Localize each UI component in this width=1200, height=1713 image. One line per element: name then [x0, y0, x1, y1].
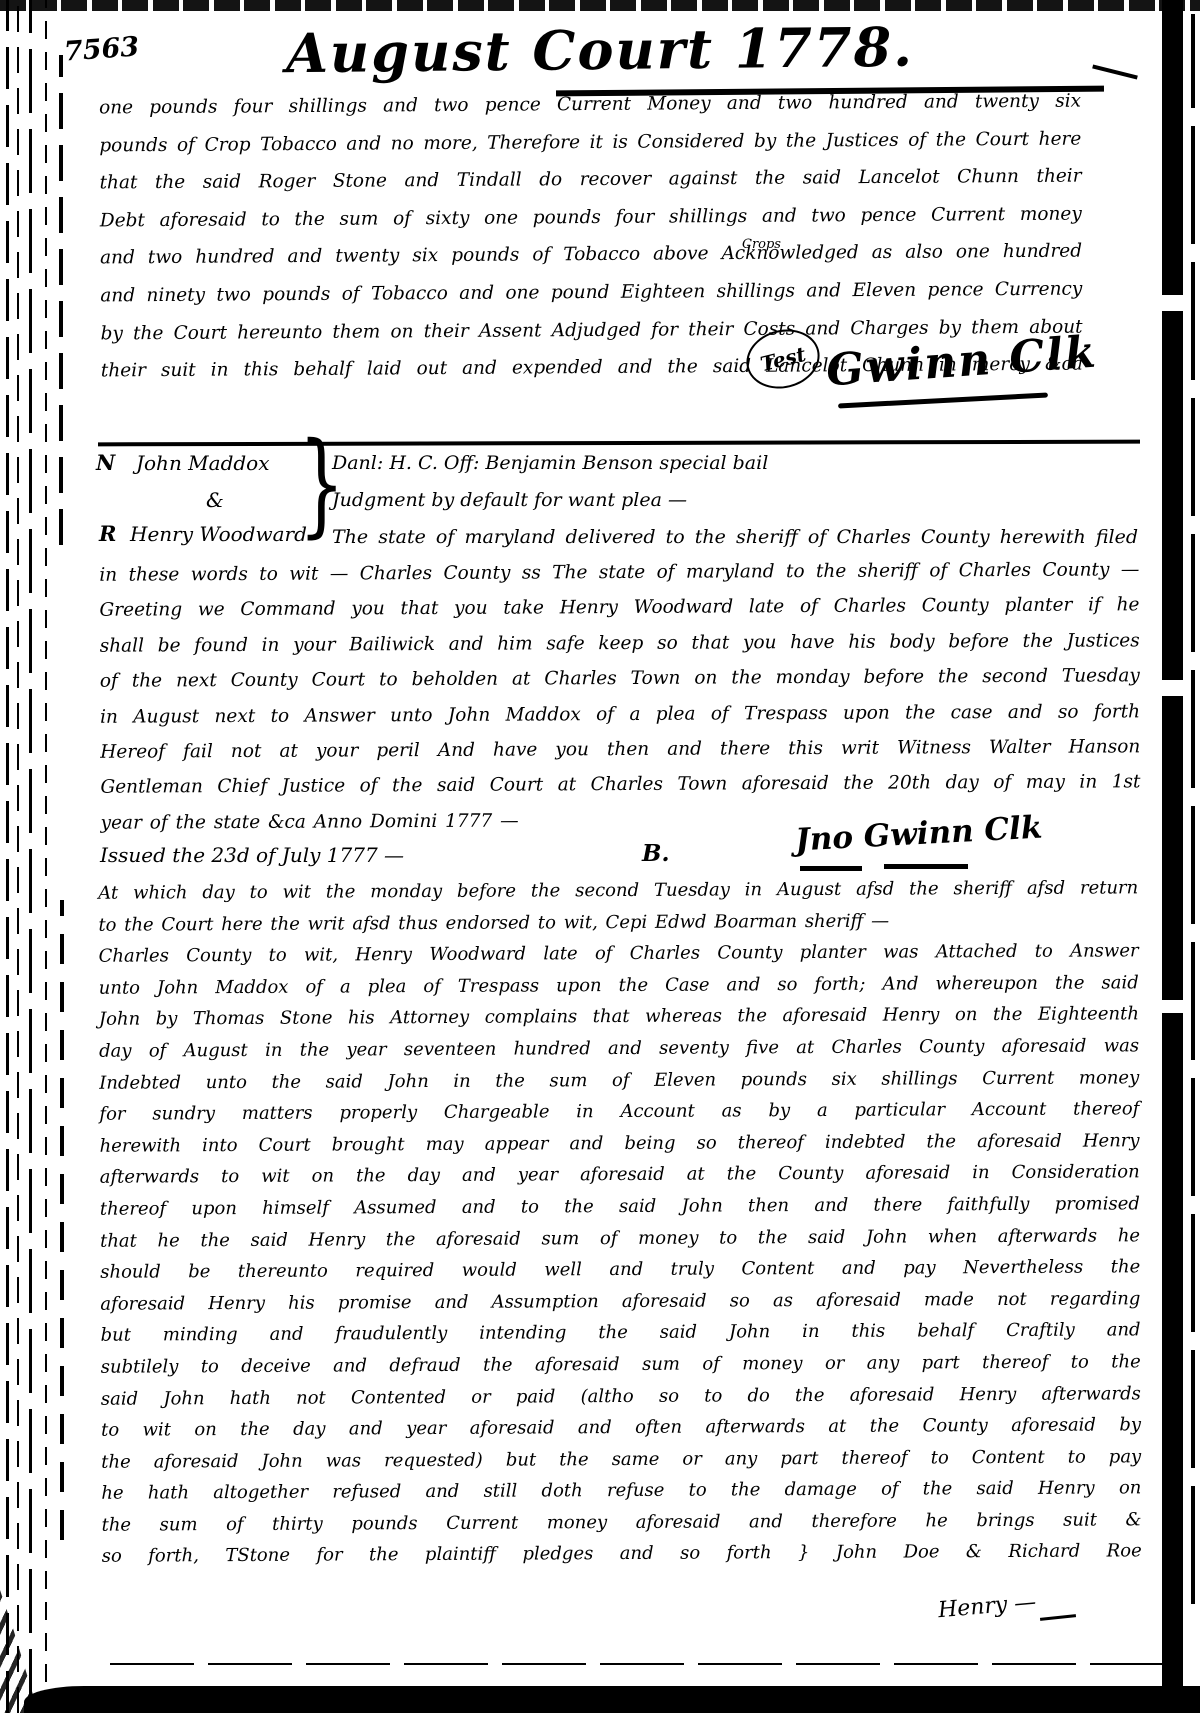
versus-ampersand: &: [206, 488, 224, 512]
scan-left-binding-artifact: [0, 0, 72, 1713]
binding-line: [60, 900, 64, 1540]
manuscript-line: so forth, TStone for the plaintiff pledg…: [102, 1541, 1142, 1578]
issuance-date-line: Issued the 23d of July 1777 —: [100, 843, 404, 867]
declaration-paragraph: At which day to wit the monday before th…: [98, 877, 1142, 1577]
page-title: August Court 1778.: [0, 12, 1200, 89]
test-label: Test: [758, 342, 808, 376]
clerk-initial-mark: B.: [642, 840, 669, 867]
signature-swash: [838, 393, 1048, 409]
manuscript-line: Greeting we Command you that you take He…: [99, 595, 1139, 636]
margin-mark-top: N: [96, 450, 115, 475]
manuscript-line: in these words to wit — Charles County s…: [99, 559, 1139, 600]
scan-top-edge-artifact: [0, 0, 1200, 11]
section-divider-rule: [98, 440, 1140, 447]
binding-line: [29, 0, 32, 1713]
manuscript-line: shall be found in your Bailiwick and him…: [100, 630, 1140, 671]
caption-note-bail: Danl: H. C. Off: Benjamin Benson special…: [332, 452, 768, 474]
binding-line: [45, 0, 47, 1713]
manuscript-line: of the next County Court to beholden at …: [100, 665, 1140, 706]
catchword-dash: [1040, 1614, 1076, 1621]
signature-underline: [800, 866, 862, 871]
manuscript-line: in August next to Answer unto John Maddo…: [100, 701, 1140, 742]
caption-brace: }: [298, 434, 344, 534]
signature-underline: [884, 864, 968, 869]
scan-right-edge-artifact: [1162, 0, 1183, 1713]
caption-note-judgment: Judgment by default for want plea —: [332, 489, 687, 511]
manuscript-page: 7563 August Court 1778. one pounds four …: [0, 0, 1200, 1713]
interlineation-crops: Crops: [742, 237, 781, 252]
margin-mark-bottom: R: [99, 521, 116, 546]
catchword-henry: Henry —: [937, 1590, 1037, 1623]
scan-bottom-edge-artifact: [24, 1686, 1200, 1713]
defendant-name: Henry Woodward: [130, 522, 307, 546]
scan-bottom-rule-artifact: [110, 1663, 1166, 1665]
scan-right-edge-line: [1191, 14, 1195, 1604]
manuscript-line: Hereof fail not at your peril And have y…: [100, 736, 1140, 777]
binding-line: [59, 55, 63, 545]
plaintiff-name: John Maddox: [136, 451, 270, 475]
caption-note-writ-recital: The state of maryland delivered to the s…: [332, 526, 1138, 548]
manuscript-line: Gentleman Chief Justice of the said Cour…: [100, 772, 1140, 813]
binding-line: [6, 0, 9, 1713]
writ-paragraph: in these words to wit — Charles County s…: [99, 559, 1140, 848]
binding-line: [17, 0, 19, 1713]
